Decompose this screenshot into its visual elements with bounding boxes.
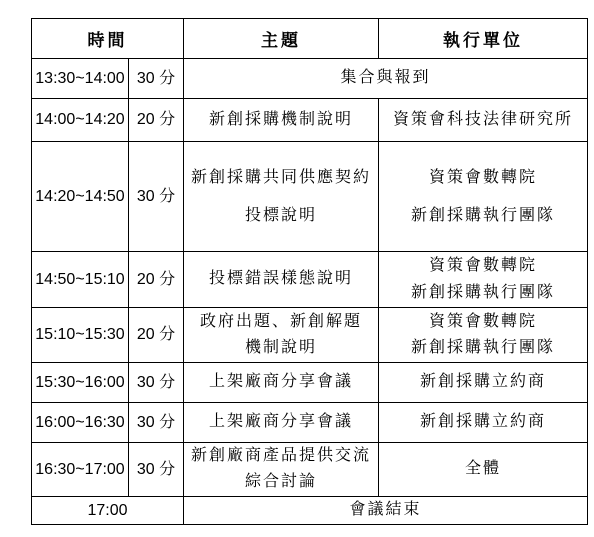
table-row: 14:20~14:50 30 分 新創採購共同供應契約 投標說明 資策會數轉院 … — [32, 142, 588, 252]
duration-cell: 20 分 — [129, 99, 184, 142]
topic-cell: 政府出題、新創解題 機制說明 — [184, 308, 379, 363]
topic-cell: 新創採購共同供應契約 投標說明 — [184, 142, 379, 252]
table-row: 16:30~17:00 30 分 新創廠商產品提供交流 綜合討論 全體 — [32, 443, 588, 497]
time-cell: 16:30~17:00 — [32, 443, 129, 497]
duration-cell: 30 分 — [129, 142, 184, 252]
agenda-page: 時間 主題 執行單位 13:30~14:00 30 分 集合與報到 14:00~… — [0, 0, 594, 537]
table-row: 13:30~14:00 30 分 集合與報到 — [32, 59, 588, 99]
duration-cell: 30 分 — [129, 59, 184, 99]
header-time: 時間 — [32, 19, 184, 59]
unit-cell: 資策會數轉院 新創採購執行團隊 — [379, 308, 588, 363]
topic-cell: 會議結束 — [184, 496, 588, 524]
table-row: 16:00~16:30 30 分 上架廠商分享會議 新創採購立約商 — [32, 403, 588, 443]
topic-cell: 新創採購機制說明 — [184, 99, 379, 142]
time-cell: 13:30~14:00 — [32, 59, 129, 99]
header-row: 時間 主題 執行單位 — [32, 19, 588, 59]
table-row: 14:50~15:10 20 分 投標錯誤樣態說明 資策會數轉院 新創採購執行團… — [32, 252, 588, 308]
unit-cell: 資策會數轉院 新創採購執行團隊 — [379, 142, 588, 252]
time-cell: 15:10~15:30 — [32, 308, 129, 363]
time-cell: 15:30~16:00 — [32, 363, 129, 403]
time-cell: 16:00~16:30 — [32, 403, 129, 443]
table-row: 15:30~16:00 30 分 上架廠商分享會議 新創採購立約商 — [32, 363, 588, 403]
topic-cell: 新創廠商產品提供交流 綜合討論 — [184, 443, 379, 497]
time-cell: 17:00 — [32, 496, 184, 524]
time-cell: 14:00~14:20 — [32, 99, 129, 142]
unit-cell: 全體 — [379, 443, 588, 497]
header-unit: 執行單位 — [379, 19, 588, 59]
time-cell: 14:50~15:10 — [32, 252, 129, 308]
table-row: 14:00~14:20 20 分 新創採購機制說明 資策會科技法律研究所 — [32, 99, 588, 142]
unit-cell: 新創採購立約商 — [379, 363, 588, 403]
topic-cell: 投標錯誤樣態說明 — [184, 252, 379, 308]
unit-cell: 資策會科技法律研究所 — [379, 99, 588, 142]
agenda-table: 時間 主題 執行單位 13:30~14:00 30 分 集合與報到 14:00~… — [31, 18, 588, 525]
duration-cell: 20 分 — [129, 308, 184, 363]
table-row: 17:00 會議結束 — [32, 496, 588, 524]
duration-cell: 30 分 — [129, 363, 184, 403]
duration-cell: 20 分 — [129, 252, 184, 308]
time-cell: 14:20~14:50 — [32, 142, 129, 252]
duration-cell: 30 分 — [129, 403, 184, 443]
duration-cell: 30 分 — [129, 443, 184, 497]
header-topic: 主題 — [184, 19, 379, 59]
topic-cell: 上架廠商分享會議 — [184, 363, 379, 403]
topic-cell: 集合與報到 — [184, 59, 588, 99]
unit-cell: 資策會數轉院 新創採購執行團隊 — [379, 252, 588, 308]
unit-cell: 新創採購立約商 — [379, 403, 588, 443]
table-row: 15:10~15:30 20 分 政府出題、新創解題 機制說明 資策會數轉院 新… — [32, 308, 588, 363]
topic-cell: 上架廠商分享會議 — [184, 403, 379, 443]
